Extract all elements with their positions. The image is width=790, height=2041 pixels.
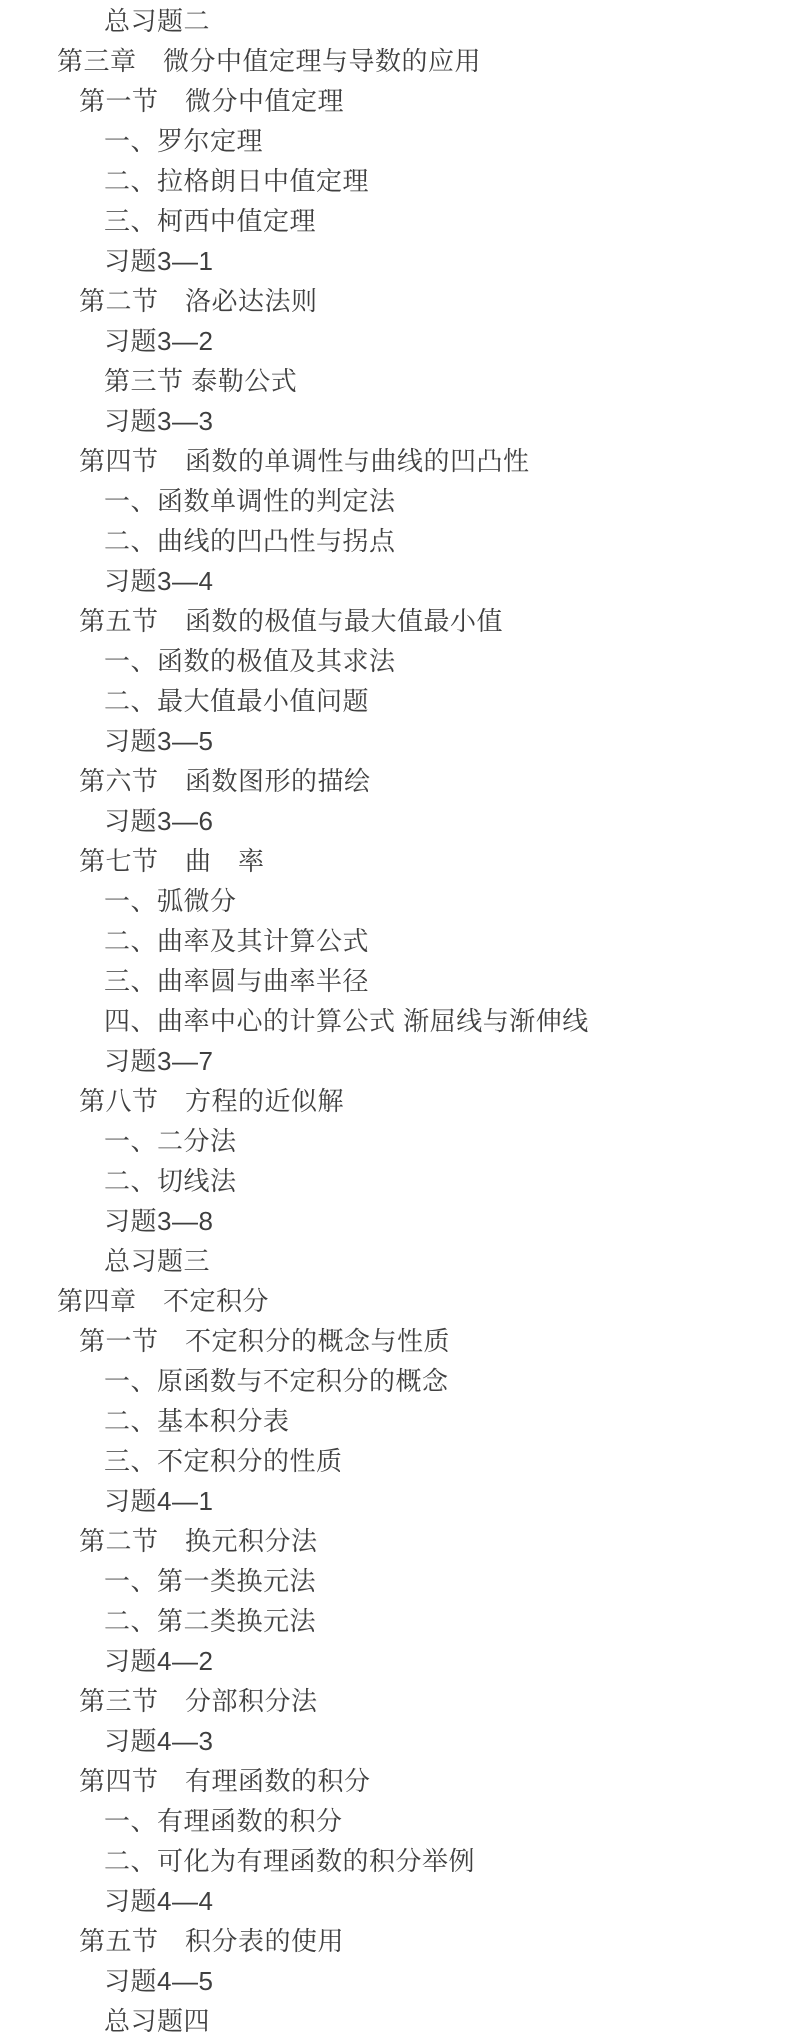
table-of-contents: 总习题二第三章 微分中值定理与导数的应用第一节 微分中值定理一、罗尔定理二、拉格… [0, 0, 790, 2041]
toc-line: 一、原函数与不定积分的概念 [0, 1361, 790, 1401]
toc-line: 一、函数单调性的判定法 [0, 481, 790, 521]
toc-line: 二、曲率及其计算公式 [0, 921, 790, 961]
toc-line: 习题4—2 [0, 1641, 790, 1681]
toc-line: 习题4—5 [0, 1961, 790, 2001]
toc-line: 二、曲线的凹凸性与拐点 [0, 521, 790, 561]
toc-line: 第一节 微分中值定理 [0, 81, 790, 121]
toc-line: 三、不定积分的性质 [0, 1441, 790, 1481]
toc-line: 习题3—1 [0, 241, 790, 281]
toc-line: 第五节 函数的极值与最大值最小值 [0, 601, 790, 641]
toc-line: 习题3—3 [0, 401, 790, 441]
toc-line: 第三节 分部积分法 [0, 1681, 790, 1721]
toc-line: 一、二分法 [0, 1121, 790, 1161]
toc-line: 总习题二 [0, 1, 790, 41]
toc-line: 习题3—2 [0, 321, 790, 361]
toc-line: 二、基本积分表 [0, 1401, 790, 1441]
toc-line: 三、曲率圆与曲率半径 [0, 961, 790, 1001]
toc-line: 第五节 积分表的使用 [0, 1921, 790, 1961]
toc-line: 二、最大值最小值问题 [0, 681, 790, 721]
toc-line: 第三节 泰勒公式 [0, 361, 790, 401]
toc-line: 第七节 曲 率 [0, 841, 790, 881]
toc-line: 二、切线法 [0, 1161, 790, 1201]
toc-line: 一、罗尔定理 [0, 121, 790, 161]
toc-line: 第四章 不定积分 [0, 1281, 790, 1321]
toc-line: 习题3—5 [0, 721, 790, 761]
toc-line: 第一节 不定积分的概念与性质 [0, 1321, 790, 1361]
toc-line: 二、第二类换元法 [0, 1601, 790, 1641]
toc-line: 第三章 微分中值定理与导数的应用 [0, 41, 790, 81]
toc-line: 四、曲率中心的计算公式 渐屈线与渐伸线 [0, 1001, 790, 1041]
toc-line: 习题4—1 [0, 1481, 790, 1521]
toc-line: 第八节 方程的近似解 [0, 1081, 790, 1121]
toc-line: 习题3—8 [0, 1201, 790, 1241]
toc-line: 第六节 函数图形的描绘 [0, 761, 790, 801]
toc-line: 一、有理函数的积分 [0, 1801, 790, 1841]
toc-line: 习题3—4 [0, 561, 790, 601]
toc-line: 第二节 换元积分法 [0, 1521, 790, 1561]
toc-line: 二、可化为有理函数的积分举例 [0, 1841, 790, 1881]
toc-line: 习题4—4 [0, 1881, 790, 1921]
toc-line: 总习题四 [0, 2001, 790, 2041]
toc-line: 第四节 有理函数的积分 [0, 1761, 790, 1801]
toc-line: 一、弧微分 [0, 881, 790, 921]
toc-line: 第二节 洛必达法则 [0, 281, 790, 321]
toc-line: 一、函数的极值及其求法 [0, 641, 790, 681]
toc-line: 第四节 函数的单调性与曲线的凹凸性 [0, 441, 790, 481]
toc-line: 习题3—6 [0, 801, 790, 841]
toc-line: 一、第一类换元法 [0, 1561, 790, 1601]
toc-line: 三、柯西中值定理 [0, 201, 790, 241]
toc-line: 二、拉格朗日中值定理 [0, 161, 790, 201]
toc-line: 习题4—3 [0, 1721, 790, 1761]
toc-line: 总习题三 [0, 1241, 790, 1281]
toc-line: 习题3—7 [0, 1041, 790, 1081]
